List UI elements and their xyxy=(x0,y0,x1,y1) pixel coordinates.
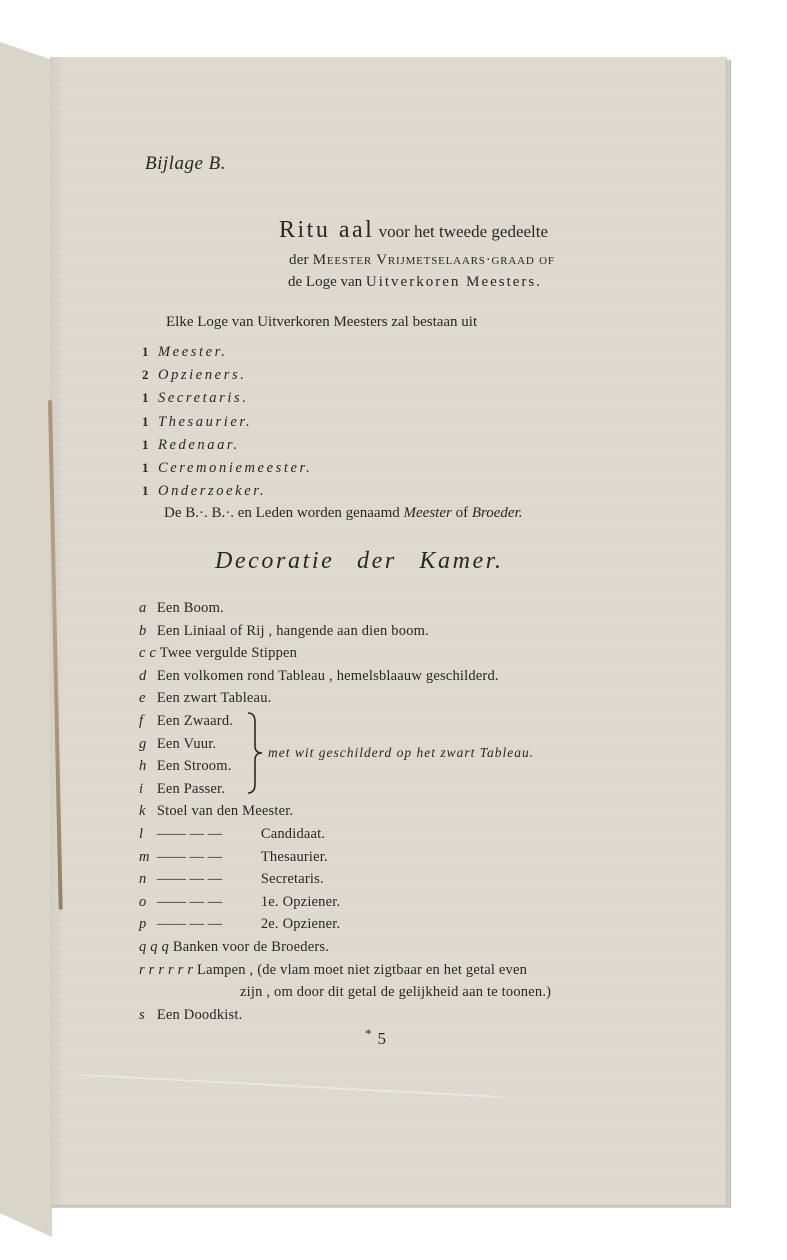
brace-note: met wit geschilderd op het zwart Tableau… xyxy=(268,745,534,761)
naming-term-broeder: Broeder. xyxy=(472,505,523,521)
ditto-dashes: —— — — xyxy=(157,868,261,890)
decoration-item: d Een volkomen rond Tableau , hemelsblaa… xyxy=(139,665,551,688)
decoration-item: a Een Boom. xyxy=(139,597,551,620)
item-key: o xyxy=(139,891,153,913)
decoration-item: c c Twee vergulde Stippen xyxy=(139,642,551,665)
item-text: Lampen , (de vlam moet niet zigtbaar en … xyxy=(197,962,527,978)
member-role: Secretaris. xyxy=(158,390,248,406)
item-text: Een Stroom. xyxy=(157,758,232,774)
ditto-dashes: —— — — xyxy=(157,891,261,913)
item-key: e xyxy=(139,687,153,709)
member-count: 2 xyxy=(142,363,158,386)
member-count: 1 xyxy=(142,340,158,363)
item-key: l xyxy=(139,823,153,845)
item-key: a xyxy=(139,597,153,619)
decoration-item-continuation: zijn , om door dit getal de gelijkheid a… xyxy=(139,981,551,1004)
title-line-1-rest: voor het tweede gedeelte xyxy=(379,222,548,241)
item-text: Stoel van den Meester. xyxy=(157,803,293,819)
item-text: Candidaat. xyxy=(261,826,325,842)
decoration-list: a Een Boom. b Een Liniaal of Rij , hange… xyxy=(139,597,551,1026)
member-list: 1Meester. 2Opzieners. 1Secretaris. 1Thes… xyxy=(142,340,312,502)
item-text: Een volkomen rond Tableau , hemelsblaauw… xyxy=(157,668,499,684)
member-item: 1Ceremoniemeester. xyxy=(142,456,312,479)
signature-mark: * xyxy=(365,1026,372,1041)
member-item: 1Onderzoeker. xyxy=(142,479,312,502)
member-item: 1Redenaar. xyxy=(142,433,312,456)
item-key: k xyxy=(139,800,153,822)
page-number: *5 xyxy=(365,1026,386,1049)
member-role: Onderzoeker. xyxy=(158,483,266,499)
member-role: Meester. xyxy=(158,344,228,360)
title-line-3-prefix: de Loge van xyxy=(288,274,362,290)
title-line-2-prefix: der xyxy=(289,252,309,268)
item-text: Twee vergulde Stippen xyxy=(160,645,297,661)
item-key: b xyxy=(139,620,153,642)
item-text: Een Boom. xyxy=(157,600,224,616)
item-text: Een Passer. xyxy=(157,781,225,797)
item-key: r r r r r r xyxy=(139,959,193,981)
decoration-item: e Een zwart Tableau. xyxy=(139,687,551,710)
section-heading: Decoratie der Kamer. xyxy=(215,548,504,575)
title-line-2-caps: Meester Vrijmetselaars·graad of xyxy=(313,252,555,268)
item-text: 1e. Opziener. xyxy=(261,894,341,910)
member-item: 2Opzieners. xyxy=(142,363,312,386)
member-count: 1 xyxy=(142,479,158,502)
member-role: Thesaurier. xyxy=(158,414,252,430)
naming-joiner: of xyxy=(456,505,469,521)
page-number-value: 5 xyxy=(378,1029,387,1048)
member-item: 1Thesaurier. xyxy=(142,410,312,433)
item-text: Een Liniaal of Rij , hangende aan dien b… xyxy=(157,623,429,639)
member-role: Ceremoniemeester. xyxy=(158,460,312,476)
item-key: n xyxy=(139,868,153,890)
item-key: d xyxy=(139,665,153,687)
decoration-item: k Stoel van den Meester. xyxy=(139,800,551,823)
decoration-item: n —— — —Secretaris. xyxy=(139,868,551,891)
item-key: i xyxy=(139,778,153,800)
ditto-dashes: —— — — xyxy=(157,823,261,845)
item-text: Thesaurier. xyxy=(261,849,328,865)
item-text: zijn , om door dit getal de gelijkheid a… xyxy=(240,984,551,1000)
member-count: 1 xyxy=(142,456,158,479)
ditto-dashes: —— — — xyxy=(157,913,261,935)
decoration-item: i Een Passer. xyxy=(139,778,551,801)
item-key: f xyxy=(139,710,153,732)
item-key: s xyxy=(139,1004,153,1026)
ditto-dashes: —— — — xyxy=(157,846,261,868)
item-key: c c xyxy=(139,642,156,664)
decoration-item: p —— — —2e. Opziener. xyxy=(139,913,551,936)
item-text: Een Doodkist. xyxy=(157,1007,243,1023)
item-text: Een Zwaard. xyxy=(157,713,233,729)
item-key: q q q xyxy=(139,936,169,958)
item-text: Een Vuur. xyxy=(157,736,216,752)
item-text: Banken voor de Broeders. xyxy=(173,939,329,955)
title-line-3-spaced: Uitverkoren Meesters. xyxy=(366,274,542,290)
item-key: p xyxy=(139,913,153,935)
naming-sentence: De B.·. B.·. en Leden worden genaamd Mee… xyxy=(164,505,523,522)
member-role: Opzieners. xyxy=(158,367,246,383)
item-text: Een zwart Tableau. xyxy=(157,690,272,706)
member-count: 1 xyxy=(142,386,158,409)
title-lead-word: Ritu aal xyxy=(279,217,374,243)
intro-sentence: Elke Loge van Uitverkoren Meesters zal b… xyxy=(166,314,477,331)
item-key: h xyxy=(139,755,153,777)
title-line-3: de Loge van Uitverkoren Meesters. xyxy=(288,274,542,291)
decoration-item: b Een Liniaal of Rij , hangende aan dien… xyxy=(139,620,551,643)
decoration-item: m —— — —Thesaurier. xyxy=(139,846,551,869)
curly-brace-icon xyxy=(246,710,264,796)
title-line-2: der Meester Vrijmetselaars·graad of xyxy=(289,252,555,269)
naming-prefix: De B.·. B.·. en Leden worden genaamd xyxy=(164,505,400,521)
member-count: 1 xyxy=(142,433,158,456)
member-count: 1 xyxy=(142,410,158,433)
item-key: m xyxy=(139,846,153,868)
member-role: Redenaar. xyxy=(158,437,240,453)
facing-page-edge xyxy=(0,42,52,1237)
member-item: 1Secretaris. xyxy=(142,386,312,409)
decoration-item: l —— — —Candidaat. xyxy=(139,823,551,846)
appendix-label: Bijlage B. xyxy=(145,153,226,175)
item-text: Secretaris. xyxy=(261,871,324,887)
item-text: 2e. Opziener. xyxy=(261,916,341,932)
title-line-1: Ritu aal voor het tweede gedeelte xyxy=(279,217,548,244)
decoration-item: s Een Doodkist. xyxy=(139,1004,551,1027)
naming-term-meester: Meester xyxy=(404,505,452,521)
decoration-item: o —— — —1e. Opziener. xyxy=(139,891,551,914)
decoration-item: q q q Banken voor de Broeders. xyxy=(139,936,551,959)
decoration-item: r r r r r r Lampen , (de vlam moet niet … xyxy=(139,959,551,982)
decoration-item: f Een Zwaard. xyxy=(139,710,551,733)
item-key: g xyxy=(139,733,153,755)
member-item: 1Meester. xyxy=(142,340,312,363)
